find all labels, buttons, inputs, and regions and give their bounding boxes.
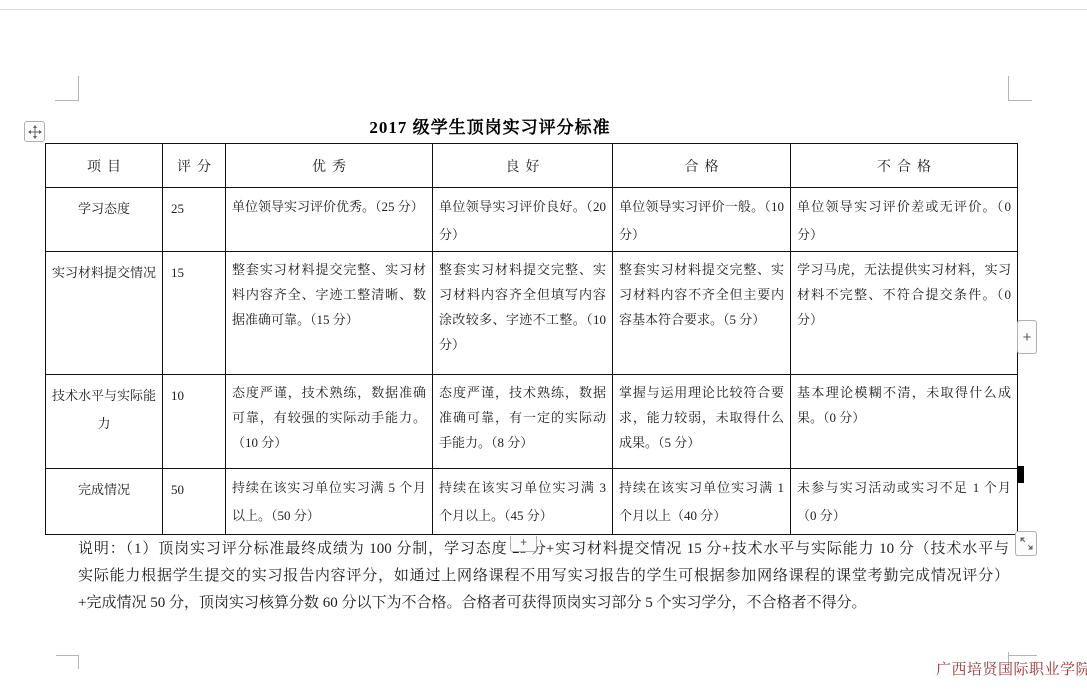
pass-cell: 整套实习材料提交完整、实习材料内容不齐全但主要内容基本符合要求。（5 分）	[613, 252, 791, 375]
table-row: 完成情况 50 持续在该实习单位实习满 5 个月以上。（50 分） 持续在该实习…	[46, 469, 1018, 535]
item-cell: 实习材料提交情况	[46, 252, 163, 375]
table-row: 实习材料提交情况 15 整套实习材料提交完整、实习材料内容齐全、字迹工整清晰、数…	[46, 252, 1018, 375]
table-move-handle-icon[interactable]	[24, 121, 45, 142]
table-row: 技术水平与实际能力 10 态度严谨，技术熟练，数据准确可靠，有较强的实际动手能力…	[46, 375, 1018, 469]
fail-cell: 单位领导实习评价差或无评价。（0 分）	[791, 188, 1018, 252]
insert-plus-button[interactable]: +	[1017, 320, 1037, 354]
scoring-table: 项目 评分 优秀 良好 合格 不合格 学习态度 25 单位领导实习评价优秀。（2…	[45, 143, 1018, 535]
diagonal-resize-icon	[1020, 537, 1033, 550]
score-cell: 10	[163, 375, 226, 469]
excellent-cell: 整套实习材料提交完整、实习材料内容齐全、字迹工整清晰、数据准确可靠。（15 分）	[226, 252, 433, 375]
inline-insert-plus-button[interactable]: +	[510, 536, 537, 552]
column-header-fail: 不合格	[791, 144, 1018, 188]
column-header-excellent: 优秀	[226, 144, 433, 188]
good-cell: 整套实习材料提交完整、实习材料内容齐全但填写内容涂改较多、字迹不工整。（10 分…	[433, 252, 613, 375]
score-cell: 15	[163, 252, 226, 375]
good-cell: 单位领导实习评价良好。（20 分）	[433, 188, 613, 252]
note-paragraph: 说明：（1）顶岗实习评分标准最终成绩为 100 分制，学习态度 25 分++实习…	[78, 536, 1009, 617]
fail-cell: 学习马虎，无法提供实习材料，实习材料不完整、不符合提交条件。（0 分）	[791, 252, 1018, 375]
pass-cell: 持续在该实习单位实习满 1 个月以上（40 分）	[613, 469, 791, 535]
plus-icon: +	[1023, 329, 1032, 346]
good-cell: 态度严谨，技术熟练，数据准确可靠，有一定的实际动手能力。（8 分）	[433, 375, 613, 469]
four-way-arrow-icon	[28, 125, 42, 139]
note-text: +实习材料提交情况 15 分+技术水平与实际能力 10 分（技术水平与	[546, 541, 1009, 557]
covered-text-wrap: 25 分+	[512, 536, 546, 563]
excellent-cell: 持续在该实习单位实习满 5 个月以上。（50 分）	[226, 469, 433, 535]
fail-cell: 基本理论模糊不清，未取得什么成果。（0 分）	[791, 375, 1018, 469]
table-row: 学习态度 25 单位领导实习评价优秀。（25 分） 单位领导实习评价良好。（20…	[46, 188, 1018, 252]
item-cell: 完成情况	[46, 469, 163, 535]
plus-icon: +	[520, 536, 527, 556]
excellent-cell: 单位领导实习评价优秀。（25 分）	[226, 188, 433, 252]
item-cell: 学习态度	[46, 188, 163, 252]
pass-cell: 掌握与运用理论比较符合要求，能力较弱，未取得什么成果。（5 分）	[613, 375, 791, 469]
excellent-cell: 态度严谨，技术熟练，数据准确可靠，有较强的实际动手能力。（10 分）	[226, 375, 433, 469]
table-resize-handle[interactable]	[1015, 531, 1037, 556]
watermark-text: 广西培贤国际职业学院	[936, 658, 1087, 679]
score-cell: 25	[163, 188, 226, 252]
note-line: +完成情况 50 分，顶岗实习核算分数 60 分以下为不合格。合格者可获得顶岗实…	[78, 590, 1009, 617]
score-cell: 50	[163, 469, 226, 535]
document-page: 2017 级学生顶岗实习评分标准 项目 评分 优秀 良好 合格 不合格	[0, 0, 1087, 690]
column-header-score: 评分	[163, 144, 226, 188]
pass-cell: 单位领导实习评价一般。（10 分）	[613, 188, 791, 252]
page-title: 2017 级学生顶岗实习评分标准	[45, 113, 935, 138]
column-header-pass: 合格	[613, 144, 791, 188]
note-text: 说明：（1）顶岗实习评分标准最终成绩为 100 分制，学习态度	[78, 541, 512, 557]
note-line: 说明：（1）顶岗实习评分标准最终成绩为 100 分制，学习态度 25 分++实习…	[78, 536, 1009, 563]
text-cursor	[1017, 466, 1024, 483]
note-line: 实际能力根据学生提交的实习报告内容评分，如通过上网络课程不用写实习报告的学生可根…	[78, 563, 1009, 590]
column-header-good: 良好	[433, 144, 613, 188]
good-cell: 持续在该实习单位实习满 3 个月以上。（45 分）	[433, 469, 613, 535]
table-header-row: 项目 评分 优秀 良好 合格 不合格	[46, 144, 1018, 188]
fail-cell: 未参与实习活动或实习不足 1 个月（0 分）	[791, 469, 1018, 535]
page-top-border	[0, 9, 1087, 10]
item-cell: 技术水平与实际能力	[46, 375, 163, 469]
column-header-item: 项目	[46, 144, 163, 188]
